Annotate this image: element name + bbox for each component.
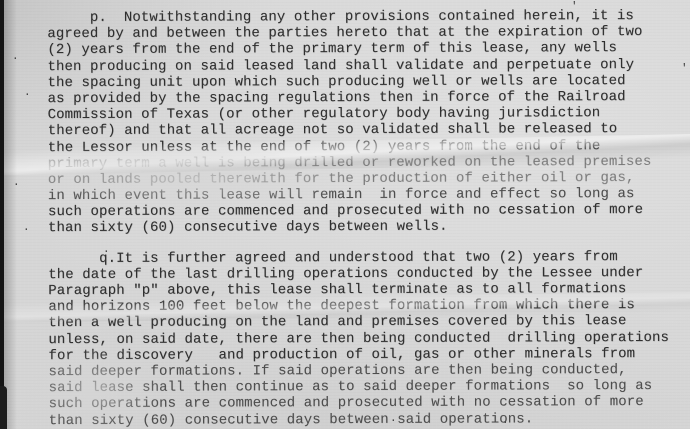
- scan-artifact: ': [571, 2, 578, 13]
- scan-edge-shadow: [4, 0, 17, 429]
- faded-ink-area: [28, 148, 358, 210]
- scan-artifact: .: [103, 245, 110, 256]
- scan-artifact: .: [23, 223, 30, 234]
- text-line: then producing on said leased land shall…: [47, 56, 668, 74]
- text-line: q.It is further agreed and understood th…: [48, 249, 669, 267]
- scan-artifact: .: [24, 88, 31, 99]
- text-line: (2) years from the end of the primary te…: [47, 40, 668, 58]
- text-line: than sixty (60) consecutive days between…: [48, 218, 669, 236]
- scan-artifact: .: [390, 414, 397, 425]
- scanned-document-page: p. Notwithstanding any other provisions …: [0, 0, 690, 429]
- text-line: unless, on said date, there are then bei…: [48, 329, 669, 347]
- scan-edge-strip: [0, 0, 4, 429]
- scan-artifact: ': [681, 64, 688, 75]
- scan-artifact: .: [502, 416, 509, 427]
- scan-edge-strip-bottom: [0, 386, 7, 429]
- faded-ink-area: [26, 348, 166, 429]
